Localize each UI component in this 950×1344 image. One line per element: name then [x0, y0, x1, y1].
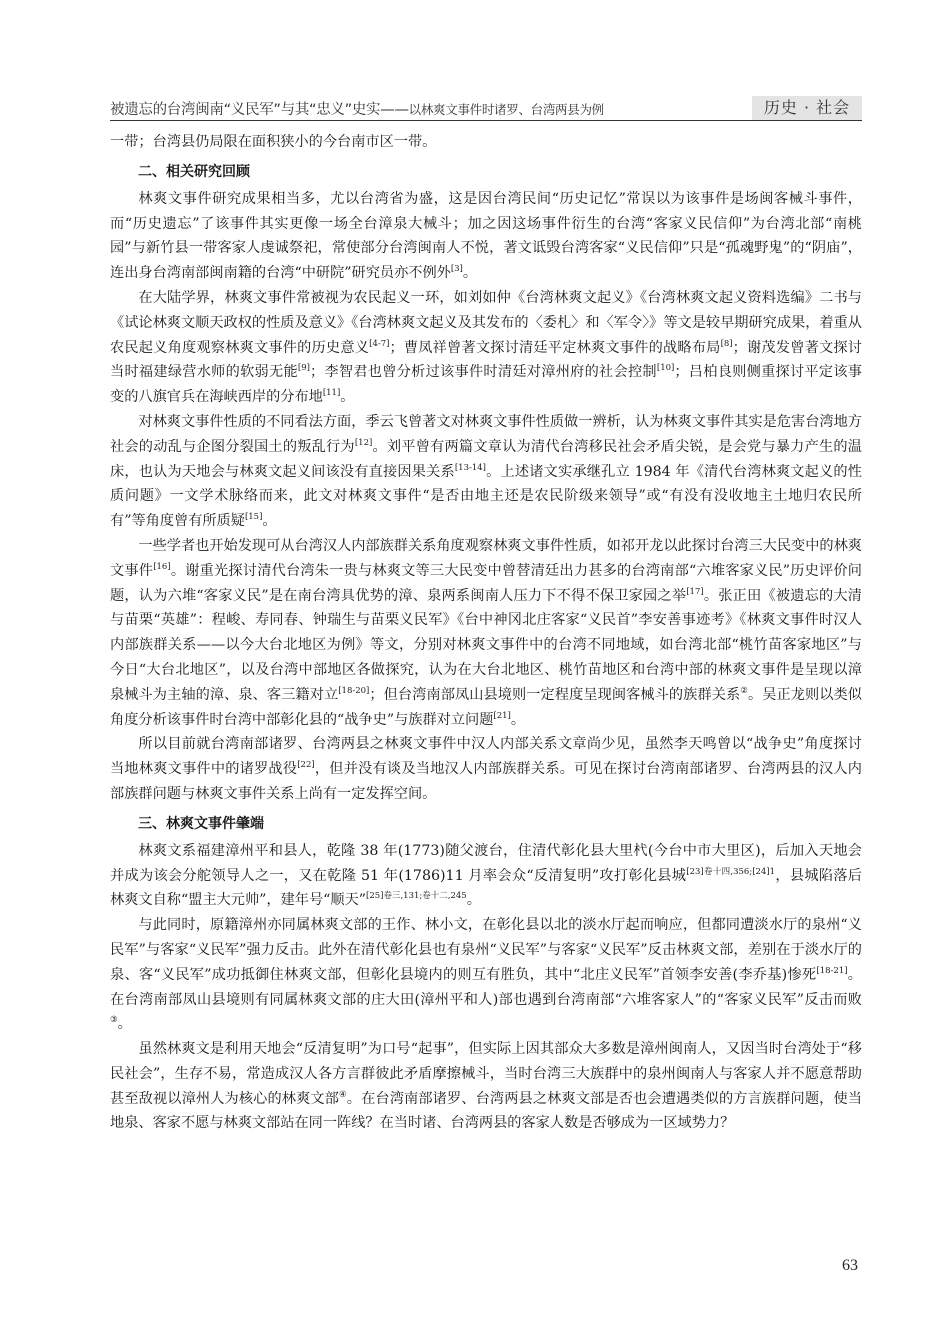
paragraph: 与此同时，原籍漳州亦同属林爽文部的王作、林小文，在彰化县以北的淡水厅起而响应，但…: [110, 913, 862, 1037]
text: 。: [463, 265, 477, 281]
paragraph: 虽然林爽文是利用天地会“反清复明”为口号“起事”，但实际上因其部众大多数是漳州闽…: [110, 1037, 862, 1136]
paragraph: 所以目前就台湾南部诸罗、台湾两县之林爽文事件中汉人内部关系文章尚少见，虽然李天鸣…: [110, 732, 862, 806]
citation: [11]: [323, 388, 340, 398]
text: 。: [340, 389, 354, 405]
citation: [23]卷十四,356;[24]1: [686, 867, 775, 877]
section-label: 历史 · 社会: [752, 96, 862, 120]
text: 。: [118, 1016, 132, 1032]
footnote-marker: ②: [740, 686, 748, 696]
paragraph: 林爽文系福建漳州平和县人，乾隆 38 年(1773)随父渡台，住清代彰化县大里杙…: [110, 839, 862, 913]
text: 。张正田《被遗忘的大清与苗栗“英雄”：程峻、寿同春、钟瑞生与苗栗义民军》《台中神…: [110, 588, 862, 703]
section-heading-3: 三、林爽文事件肇端: [110, 813, 862, 835]
journal-article-title: 被遗忘的台湾闽南“义民军”与其“忠义”史实——以林爽文事件时诸罗、台湾两县为例: [110, 98, 604, 119]
citation: [17]: [686, 587, 703, 597]
text: 与此同时，原籍漳州亦同属林爽文部的王作、林小文，在彰化县以北的淡水厅起而响应，但…: [110, 917, 862, 983]
paragraph: 一些学者也开始发现可从台湾汉人内部族群关系角度观察林爽文事件性质，如祁开龙以此探…: [110, 534, 862, 732]
citation: [18-20]: [338, 686, 369, 696]
citation: [22]: [297, 760, 314, 770]
header-title-sub: 以林爽文事件时诸罗、台湾两县为例: [409, 102, 604, 117]
text: ；但台湾南部凤山县境则一定程度呈现闽客械斗的族群关系: [369, 687, 740, 703]
citation: [12]: [355, 438, 372, 448]
text: 林爽文系福建漳州平和县人，乾隆 38 年(1773)随父渡台，住清代彰化县大里杙…: [110, 843, 862, 884]
citation: [3]: [451, 264, 463, 274]
footnote-marker: ④: [339, 1090, 347, 1100]
text: 。: [467, 892, 481, 908]
text: ；曹凤祥曾著文探讨清廷平定林爽文事件的战略布局: [389, 340, 720, 356]
paragraph: 林爽文事件研究成果相当多，尤以台湾省为盛，这是因台湾民间“历史记忆”常误以为该事…: [110, 187, 862, 286]
article-body: 一带；台湾县仍局限在面积狭小的今台南市区一带。 二、相关研究回顾 林爽文事件研究…: [110, 130, 862, 1136]
paragraph-continuation: 一带；台湾县仍局限在面积狭小的今台南市区一带。: [110, 130, 862, 155]
citation: [21]: [493, 711, 510, 721]
citation: [8]: [721, 339, 733, 349]
running-header: 被遗忘的台湾闽南“义民军”与其“忠义”史实——以林爽文事件时诸罗、台湾两县为例 …: [110, 96, 862, 121]
text: ；李智君也曾分析过该事件时清廷对漳州府的社会控制: [310, 364, 657, 380]
citation: [18-21]: [816, 966, 847, 976]
paragraph: 对林爽文事件性质的不同看法方面，季云飞曾著文对林爽文事件性质做一辨析，认为林爽文…: [110, 410, 862, 534]
paragraph: 在大陆学界，林爽文事件常被视为农民起义一环，如刘如仲《台湾林爽文起义》《台湾林爽…: [110, 286, 862, 410]
section-heading-2: 二、相关研究回顾: [110, 161, 862, 183]
citation: [9]: [298, 363, 310, 373]
page-number: 63: [842, 1257, 858, 1275]
citation: [13-14]: [455, 463, 486, 473]
header-title-main: 被遗忘的台湾闽南“义民军”与其“忠义”史实——: [110, 102, 409, 118]
citation: [15]: [245, 512, 262, 522]
text: 林爽文事件研究成果相当多，尤以台湾省为盛，这是因台湾民间“历史记忆”常误以为该事…: [110, 191, 862, 281]
text: 。: [262, 513, 276, 529]
citation: [10]: [657, 363, 674, 373]
citation: [4-7]: [369, 339, 389, 349]
citation: [25]卷三,131;卷十二,245: [366, 891, 467, 901]
text: 。: [511, 712, 525, 728]
citation: [16]: [153, 562, 170, 572]
footnote-marker: ③: [110, 1015, 118, 1025]
